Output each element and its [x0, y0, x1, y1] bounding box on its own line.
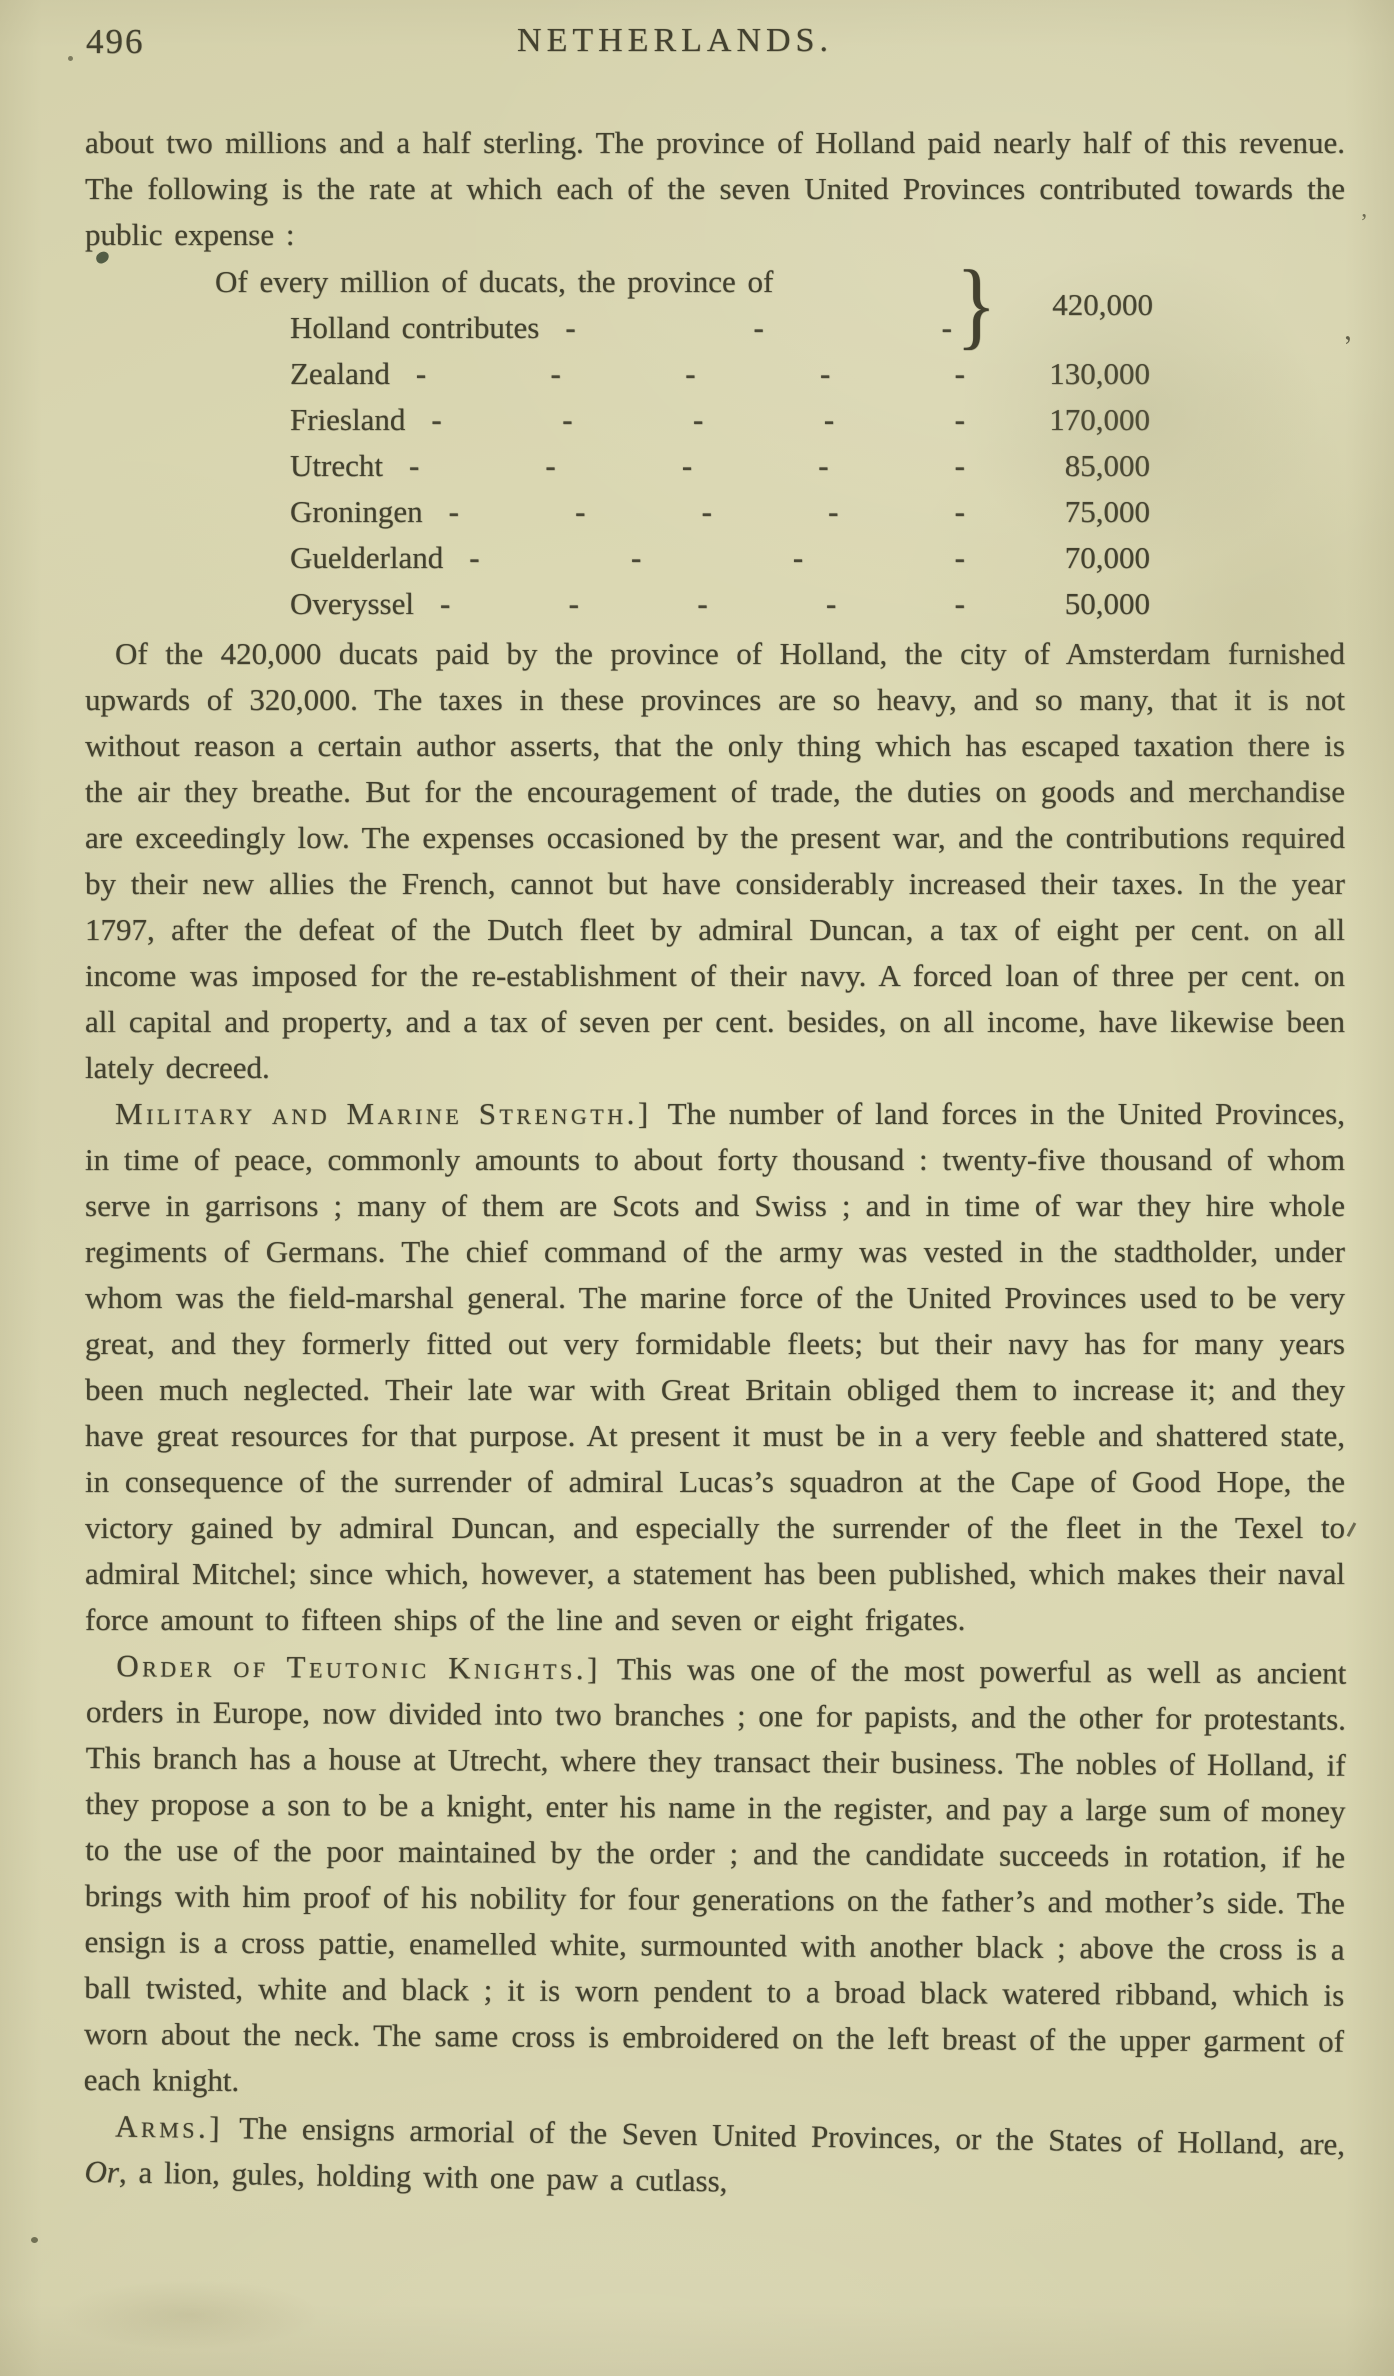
- table-value: 75,000: [1000, 489, 1150, 535]
- show-through-smudge: [60, 2280, 320, 2350]
- table-row-utrecht: Utrecht - - - - - 85,000: [85, 443, 1345, 489]
- table-value: 70,000: [1000, 535, 1150, 581]
- table-lead-line: Of every million of ducats, the province…: [85, 259, 953, 305]
- contribution-table: Of every million of ducats, the province…: [85, 259, 1345, 627]
- table-label: Zealand: [290, 351, 390, 397]
- section-heading-arms: Arms.]: [115, 2108, 223, 2145]
- paragraph-taxes: Of the 420,000 ducats paid by the provin…: [85, 631, 1345, 1091]
- table-value: 50,000: [1000, 581, 1150, 627]
- table-label-holland: Holland contributes: [290, 305, 539, 351]
- section-text-arms-before: The ensigns armorial of the Seven United…: [239, 2110, 1345, 2161]
- page-body: about two millions and a half sterling. …: [85, 120, 1345, 2195]
- ink-speck: [31, 2237, 38, 2243]
- paragraph-arms: Arms.]The ensigns armorial of the Seven …: [84, 2103, 1345, 2214]
- table-value: 130,000: [1000, 351, 1150, 397]
- section-text-military: The number of land forces in the United …: [85, 1096, 1345, 1637]
- table-row-groningen: Groningen - - - - - 75,000: [85, 489, 1345, 535]
- page-header: 496 NETHERLANDS.: [0, 0, 1394, 94]
- table-label: Utrecht: [290, 443, 383, 489]
- table-row-friesland: Friesland - - - - - 170,000: [85, 397, 1345, 443]
- table-label: Overyssel: [290, 581, 414, 627]
- running-title: NETHERLANDS.: [0, 22, 1394, 60]
- table-label: Groningen: [290, 489, 423, 535]
- table-row-holland: Of every million of ducats, the province…: [85, 259, 1345, 351]
- paragraph-teutonic-knights: Order of Teutonic Knights.]This was one …: [84, 1643, 1347, 2111]
- ink-speck: [1347, 1522, 1356, 1536]
- ink-speck: ’: [1360, 210, 1368, 237]
- leader-dashes: - - - - -: [449, 489, 966, 535]
- section-heading-military: Military and Marine Strength.]: [115, 1096, 652, 1131]
- leader-dashes: - - - - -: [431, 397, 966, 443]
- leader-dashes: - - - - -: [440, 581, 966, 627]
- section-text-teutonic: This was one of the most powerful as wel…: [84, 1651, 1347, 2098]
- section-heading-teutonic: Order of Teutonic Knights.]: [116, 1648, 601, 1686]
- section-text-arms-after: , a lion, gules, holding with one paw a …: [119, 2155, 728, 2199]
- table-row-guelderland: Guelderland - - - - 70,000: [85, 535, 1345, 581]
- leader-dashes: - - - - -: [409, 443, 966, 489]
- book-page-scan: 496 NETHERLANDS. about two millions and …: [0, 0, 1394, 2376]
- table-value: 85,000: [1000, 443, 1150, 489]
- leader-dashes: - - - -: [469, 535, 966, 581]
- table-value: 170,000: [1000, 397, 1150, 443]
- table-value-holland: 420,000: [1003, 282, 1153, 328]
- table-label: Guelderland: [290, 535, 443, 581]
- paragraph-revenue-intro: about two millions and a half sterling. …: [85, 120, 1345, 258]
- leader-dashes: - - - - -: [416, 351, 966, 397]
- page-number: 496: [86, 22, 145, 62]
- paragraph-military-strength: Military and Marine Strength.]The number…: [85, 1091, 1345, 1643]
- heraldic-term-italic: Or: [84, 2154, 119, 2190]
- table-label: Friesland: [290, 397, 405, 443]
- leader-dashes: - - -: [565, 305, 953, 351]
- brace-glyph: }: [956, 259, 993, 351]
- table-row-zealand: Zealand - - - - - 130,000: [85, 351, 1345, 397]
- table-row-overyssel: Overyssel - - - - - 50,000: [85, 581, 1345, 627]
